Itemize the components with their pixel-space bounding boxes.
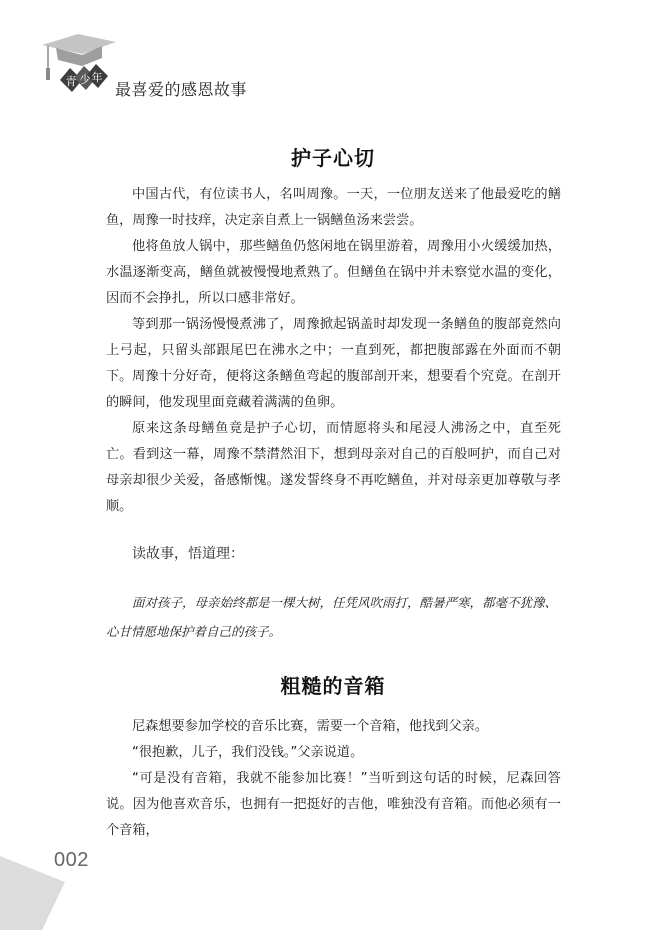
lesson-text: 面对孩子，母亲始终都是一棵大树，任凭风吹雨打，酷暑严寒，都毫不犹豫、心甘情愿地保… <box>106 588 561 646</box>
graduation-cap-icon: 青 少 年 <box>38 28 118 96</box>
story1-paragraph-4: 周豫十分好奇，便将这条鳝鱼弯起的腹部剖开来，想要看个究竟。在剖开的瞬间，他发现里… <box>106 364 561 416</box>
story2-paragraph-2: “很抱歉，儿子，我们没钱。”父亲说道。 <box>132 740 562 766</box>
page-number: 002 <box>54 849 89 872</box>
svg-text:少: 少 <box>80 72 91 86</box>
badge-youth-icon: 青 少 年 <box>60 64 108 92</box>
story1-paragraph-2: 他将鱼放人锅中，那些鳝鱼仍悠闲地在锅里游着，周豫用小火缓缓加热，水温逐渐变高，鳝… <box>106 234 561 312</box>
story2-paragraph-1: 尼森想要参加学校的音乐比赛，需要一个音箱，他找到父亲。 <box>132 714 562 740</box>
running-header: 青 少 年 最喜爱的感恩故事 <box>38 28 438 98</box>
lesson-heading: 读故事，悟道理： <box>132 543 244 563</box>
story1-paragraph-1: 中国古代，有位读书人，名叫周豫。一天，一位朋友送来了他最爱吃的鳝鱼，周豫一时技痒… <box>106 182 561 234</box>
story-title-2: 粗糙的音箱 <box>0 670 666 699</box>
series-title: 最喜爱的感恩故事 <box>115 77 247 100</box>
story-title-1: 护子心切 <box>0 142 666 171</box>
svg-text:年: 年 <box>92 70 103 84</box>
svg-text:青: 青 <box>66 74 77 88</box>
story1-paragraph-5: 原来这条母鳝鱼竟是护子心切，而情愿将头和尾浸人沸汤之中，直至死亡。看到这一幕，周… <box>106 416 561 520</box>
story2-paragraph-3: “可是没有音箱，我就不能参加比赛！”当听到这句话的时候，尼森回答说。因为他喜欢音… <box>106 766 561 844</box>
